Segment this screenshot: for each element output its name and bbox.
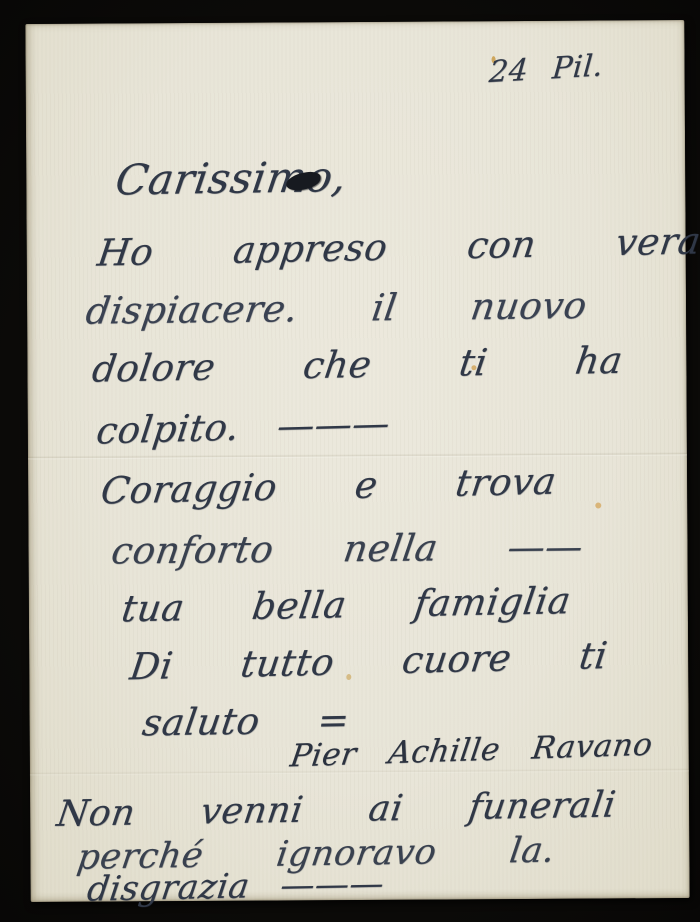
letter-date: 24 Pil. bbox=[488, 48, 605, 90]
letter-salutation: Carissimo, bbox=[112, 152, 350, 205]
letter-paper: 24 Pil. Carissimo, Ho appreso con vera d… bbox=[25, 20, 689, 902]
letter-body-line: Di tutto cuore ti bbox=[127, 634, 610, 688]
letter-body-line: conforto nella —— bbox=[109, 525, 586, 573]
letter-body-line: dispiacere. il nuovo bbox=[83, 284, 590, 333]
paper-fold-crease bbox=[28, 452, 687, 460]
letter-body-line: dolore che ti ha bbox=[90, 339, 626, 391]
letter-body-line: Coraggio e trova bbox=[98, 460, 559, 513]
letter-body-line: tua bella famiglia bbox=[119, 579, 574, 630]
letter-body-line: colpito. ——— bbox=[94, 402, 393, 453]
letter-body-line: Ho appreso con vera bbox=[95, 219, 700, 274]
letter-postscript-line: disgrazia ——— bbox=[85, 864, 387, 910]
scan-background: 24 Pil. Carissimo, Ho appreso con vera d… bbox=[0, 0, 700, 922]
stain-speck bbox=[595, 503, 601, 509]
letter-postscript-line: Non venni ai funerali bbox=[54, 784, 618, 834]
